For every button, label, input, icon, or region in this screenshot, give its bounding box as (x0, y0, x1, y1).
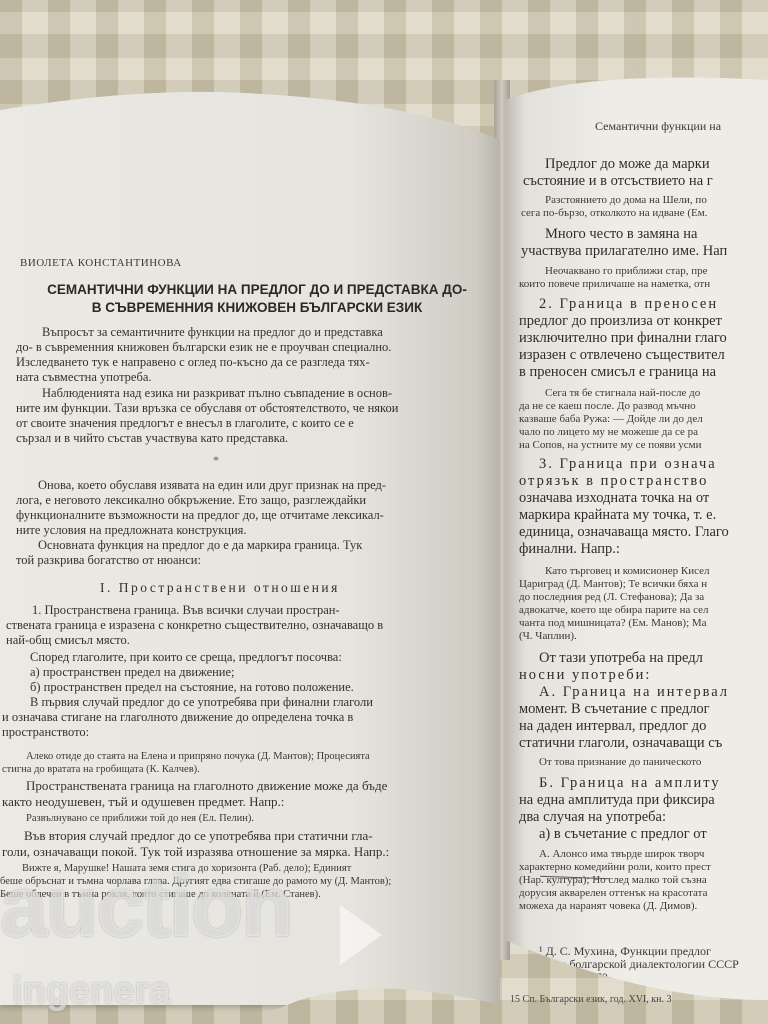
example-line: Неочаквано го приближи стар, пре (545, 265, 708, 278)
para-line: голи, означаващи покой. Тук той изразява… (2, 844, 389, 859)
subsection-heading: Б. Граница на амплиту (539, 775, 721, 792)
para-line: ните им функции. Тази връзка се обуславя… (16, 401, 398, 416)
example-line: От това признание до паническото (539, 756, 701, 769)
section-heading: I. Пространствени отношения (100, 580, 340, 595)
example-line: чало по лицето му не можеше да се ра (519, 426, 698, 439)
para-line: функционалните възможности на предлог до… (16, 508, 384, 523)
example-line: Алеко отиде до стаята на Елена и припрян… (26, 750, 370, 763)
list-item-a: а) пространствен предел на движение; (30, 665, 235, 680)
para-line: до- в съвременния книжовен български ези… (16, 340, 391, 355)
para-line: Предлог до може да марки (545, 156, 710, 173)
example-line: казваше баба Ружа: — Дойде ли до дел (519, 413, 703, 426)
example-line: А. Алонсо има твърде широк творч (539, 848, 704, 861)
example-line: Сега тя бе стигнала най-после до (545, 387, 700, 400)
para-line: момент. В съчетание с предлог (519, 701, 710, 718)
para-line: от своите значения предлогът е внесъл в … (16, 416, 354, 431)
para-line: както неодушевен, тъй и одушевен предмет… (2, 794, 284, 809)
para-line: статични глаголи, означаващи съ (519, 735, 722, 752)
para-line: най-общ смисъл място. (6, 633, 130, 648)
subsection-heading: 3. Граница при означа (539, 456, 717, 473)
para-line: ната съвместна употреба. (16, 370, 152, 385)
para-line: предлог до произлиза от конкрет (519, 313, 722, 330)
article-title-line1: СЕМАНТИЧНИ ФУНКЦИИ НА ПРЕДЛОГ ДО И ПРЕДС… (22, 282, 492, 297)
subsection-heading: 2. Граница в преносен (539, 296, 718, 313)
para-line: отрязък в пространство (519, 473, 708, 490)
para-line: От тази употреба на предл (539, 650, 703, 667)
para-line: Въпросът за семантичните функции на пред… (42, 325, 383, 340)
example-line: до последния ред (Л. Стефанова); Да за (519, 591, 704, 604)
page-footer: 15 Сп. Български език, год. XVI, кн. 3 (510, 993, 671, 1006)
author-name: ВИОЛЕТА КОНСТАНТИНОВА (20, 257, 182, 269)
para-line: и означава стигане на глаголното движени… (2, 710, 353, 725)
para-line: Пространствената граница на глаголното д… (26, 778, 387, 793)
example-line: Разстоянието до дома на Шели, по (545, 194, 707, 207)
para-line: Основната функция на предлог до е да мар… (38, 538, 362, 553)
example-line: (Ч. Чаплин). (519, 630, 577, 643)
para-line: той разкрива богатство от нюанси: (16, 553, 201, 568)
para-line: финални. Напр.: (519, 541, 620, 558)
para-line: изразен с отвлечено съществител (519, 347, 725, 364)
para-line: на една амплитуда при фиксира (519, 792, 715, 809)
example-line: можеха да наранят човека (Д. Димов). (519, 900, 697, 913)
para-line: Наблюденията над езика ни разкриват пълн… (42, 386, 392, 401)
para-line: 1. Пространствена граница. Във всички сл… (32, 603, 340, 618)
footnote-line: 1954, стр. 44—70. (519, 971, 611, 984)
example-line: които повече приличаше на наметка, отн (519, 278, 710, 291)
para-line: изключително при финални глаго (519, 330, 727, 347)
example-line: чанта под мишницата? (Ем. Манов); Ма (519, 617, 707, 630)
right-page: Семантични функции на Предлог до може да… (505, 40, 768, 1000)
para-line: състояние и в отсъствието на г (523, 173, 713, 190)
example-line: дорусия акварелен оттенък на красотата (519, 887, 707, 900)
example-line: да не се каеш после. До развод мъчно (519, 400, 696, 413)
para-line: в преносен смисъл е граница на (519, 364, 716, 381)
para-line: участвува прилагателно име. Нап (521, 243, 727, 260)
para-line: Много често в замяна на (545, 226, 697, 243)
para-line: сързал и в чийто състав участвува като п… (16, 431, 288, 446)
list-item-b: б) пространствен предел на състояние, на… (30, 680, 354, 695)
example-line: адвокатче, което ще обира парите на сел (519, 604, 709, 617)
subsection-heading: А. Граница на интервал (539, 684, 729, 701)
para-line: пространството: (2, 725, 89, 740)
para-line: Изследването тук е направено с оглед по-… (16, 355, 370, 370)
example-line: характерно комедийни роли, които прест (519, 861, 711, 874)
para-line: единица, означаваща място. Глаго (519, 524, 729, 541)
para-line: а) в съчетание с предлог от (539, 826, 707, 843)
para-line: ствената граница е изразена с конкретно … (6, 618, 383, 633)
example-line: стигна до вратата на гробищата (К. Калче… (2, 763, 200, 776)
footnote-line: риалы по болгарской диалектологии СССР (519, 958, 739, 971)
para-line: на даден интервал, предлог до (519, 718, 706, 735)
para-line: Според глаголите, при които се среща, пр… (30, 650, 342, 665)
para-line: маркира крайната му точка, т. е. (519, 507, 716, 524)
para-line: Онова, което обуславя изявата на един ил… (38, 478, 386, 493)
watermark-ingenera: ingenera (12, 970, 170, 1013)
para-line: Във втория случай предлог до се употребя… (24, 828, 373, 843)
watermark-auction: auction (0, 858, 292, 957)
example-line: Цариград (Д. Мантов); Те всички бяха н (519, 578, 707, 591)
example-line: Като търговец и комисионер Кисел (545, 565, 710, 578)
para-line: ните условия на предложната конструкция. (16, 523, 247, 538)
article-title-line2: В СЪВРЕМЕННИЯ КНИЖОВЕН БЪЛГАРСКИ ЕЗИК (22, 300, 492, 315)
example-line: сега по-бързо, отколкото на идване (Ем. (521, 207, 707, 220)
play-icon (340, 905, 382, 965)
example-line: Развълнувано се приближи той до нея (Ел.… (26, 812, 254, 825)
example-line: на Сопов, на устните му се появи усми (519, 439, 702, 452)
section-separator: * (213, 453, 219, 468)
para-line: В първия случай предлог до се употребява… (30, 695, 373, 710)
para-line: носни употреби: (519, 667, 651, 684)
running-header: Семантични функции на (595, 120, 721, 133)
para-line: означава изходната точка на от (519, 490, 709, 507)
para-line: лога, е неговото лексикално обкръжение. … (16, 493, 366, 508)
para-line: два случая на употреба: (519, 809, 666, 826)
